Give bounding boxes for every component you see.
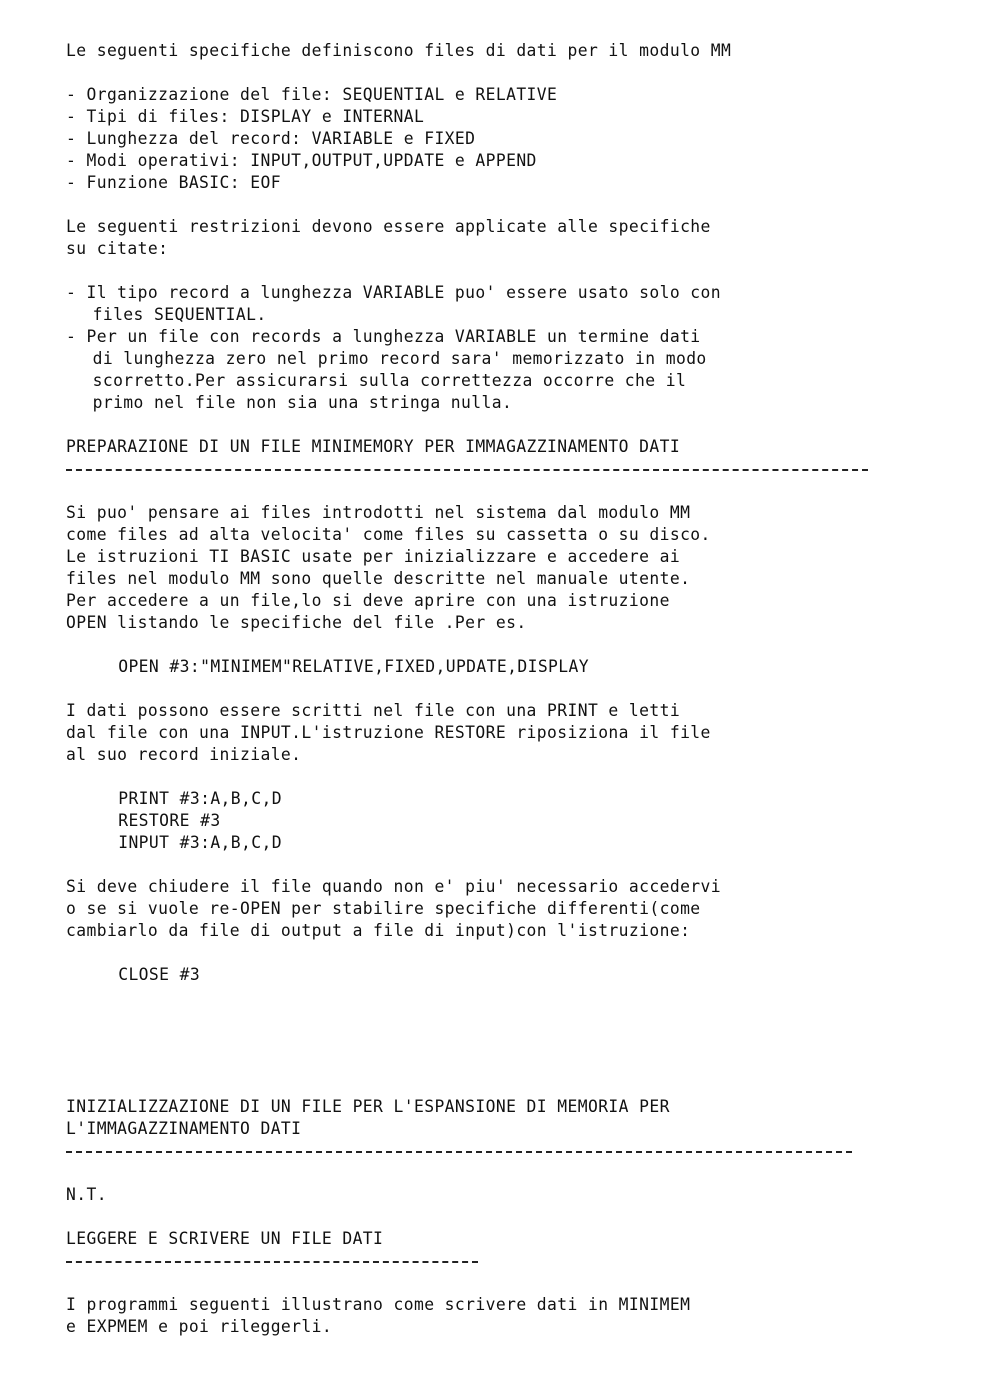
heading-underline — [66, 458, 966, 480]
section1-paragraph3: Si deve chiudere il file quando non e' p… — [66, 876, 966, 942]
paragraph-line: I dati possono essere scritti nel file c… — [66, 700, 953, 722]
spec-item: - Tipi di files: DISPLAY e INTERNAL — [66, 106, 953, 128]
paragraph-line: dal file con una INPUT.L'istruzione REST… — [66, 722, 953, 744]
restriction-item: - Il tipo record a lunghezza VARIABLE pu… — [66, 282, 953, 304]
paragraph-line: come files ad alta velocita' come files … — [66, 524, 953, 546]
section-heading-leggere: LEGGERE E SCRIVERE UN FILE DATI — [66, 1228, 953, 1250]
spec-item: - Modi operativi: INPUT,OUTPUT,UPDATE e … — [66, 150, 953, 172]
section-heading-inizializzazione: INIZIALIZZAZIONE DI UN FILE PER L'ESPANS… — [66, 1096, 953, 1118]
heading-underline — [66, 1250, 966, 1272]
paragraph-line: e EXPMEM e poi rileggerli. — [66, 1316, 953, 1338]
paragraph-line: o se si vuole re-OPEN per stabilire spec… — [66, 898, 953, 920]
intro-text: Le seguenti specifiche definiscono files… — [66, 40, 953, 62]
section-heading-preparazione: PREPARAZIONE DI UN FILE MINIMEMORY PER I… — [66, 436, 953, 458]
paragraph-line: files nel modulo MM sono quelle descritt… — [66, 568, 953, 590]
code-line: RESTORE #3 — [66, 810, 953, 832]
restrictions-intro: su citate: — [66, 238, 953, 260]
section2-body: N.T. — [66, 1184, 953, 1206]
document-page: Le seguenti specifiche definiscono files… — [66, 40, 966, 1338]
section3-paragraph: I programmi seguenti illustrano come scr… — [66, 1294, 966, 1338]
section1-paragraph1: Si puo' pensare ai files introdotti nel … — [66, 502, 966, 634]
restrictions-list: - Il tipo record a lunghezza VARIABLE pu… — [66, 282, 966, 414]
spec-list: - Organizzazione del file: SEQUENTIAL e … — [66, 84, 966, 194]
spec-item: - Organizzazione del file: SEQUENTIAL e … — [66, 84, 953, 106]
paragraph-line: Si puo' pensare ai files introdotti nel … — [66, 502, 953, 524]
paragraph-line: cambiarlo da file di output a file di in… — [66, 920, 953, 942]
restriction-item-cont: scorretto.Per assicurarsi sulla corrette… — [66, 370, 953, 392]
code-open-statement: OPEN #3:"MINIMEM"RELATIVE,FIXED,UPDATE,D… — [66, 656, 953, 678]
paragraph-line: Per accedere a un file,lo si deve aprire… — [66, 590, 953, 612]
paragraph-line: OPEN listando le specifiche del file .Pe… — [66, 612, 953, 634]
code-close-statement: CLOSE #3 — [66, 964, 953, 986]
section1-paragraph2: I dati possono essere scritti nel file c… — [66, 700, 966, 766]
code-line: INPUT #3:A,B,C,D — [66, 832, 953, 854]
paragraph-line: I programmi seguenti illustrano come scr… — [66, 1294, 953, 1316]
paragraph-line: Le istruzioni TI BASIC usate per inizial… — [66, 546, 953, 568]
heading-underline — [66, 1140, 966, 1162]
paragraph-line: al suo record iniziale. — [66, 744, 953, 766]
restrictions-intro: Le seguenti restrizioni devono essere ap… — [66, 216, 953, 238]
code-print-restore-input: PRINT #3:A,B,C,D RESTORE #3 INPUT #3:A,B… — [66, 788, 966, 854]
section-heading-inizializzazione-cont: L'IMMAGAZZINAMENTO DATI — [66, 1118, 953, 1140]
restriction-item-cont: di lunghezza zero nel primo record sara'… — [66, 348, 953, 370]
spec-item: - Funzione BASIC: EOF — [66, 172, 953, 194]
code-line: PRINT #3:A,B,C,D — [66, 788, 953, 810]
restriction-item-cont: primo nel file non sia una stringa nulla… — [66, 392, 953, 414]
restriction-item: - Per un file con records a lunghezza VA… — [66, 326, 953, 348]
restriction-item-cont: files SEQUENTIAL. — [66, 304, 953, 326]
paragraph-line: Si deve chiudere il file quando non e' p… — [66, 876, 953, 898]
spec-item: - Lunghezza del record: VARIABLE e FIXED — [66, 128, 953, 150]
